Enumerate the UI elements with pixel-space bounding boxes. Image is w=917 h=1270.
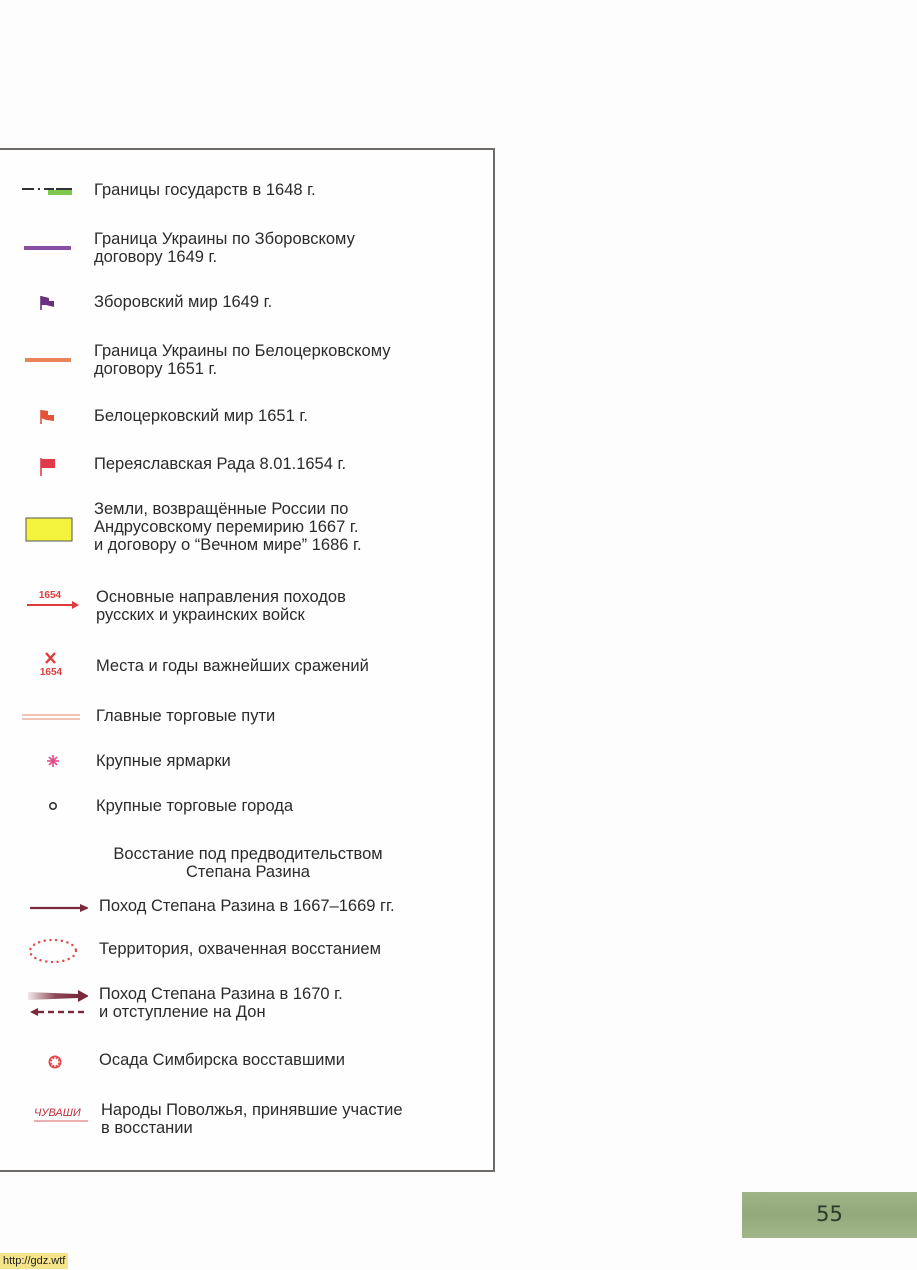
- legend-label: Поход Степана Разина в 1670 г.: [99, 985, 343, 1003]
- legend-label: Андрусовскому перемирию 1667 г.: [94, 518, 362, 536]
- watermark-link[interactable]: http://gdz.wtf: [0, 1253, 68, 1269]
- heading-line: Восстание под предводительством: [0, 845, 498, 863]
- legend-label: Территория, охваченная восстанием: [99, 940, 381, 958]
- legend-label: Граница Украины по Белоцерковскому: [94, 342, 391, 360]
- legend-label: Осада Симбирска восставшими: [99, 1051, 345, 1069]
- yellow-area-icon: [0, 500, 88, 560]
- asterisk-icon: [0, 750, 88, 790]
- orange-flag-icon: [0, 406, 88, 446]
- heading-line: Степана Разина: [0, 863, 498, 881]
- dark-red-arrow-icon: [0, 895, 88, 935]
- legend-label: русских и украинских войск: [96, 606, 346, 624]
- legend-label: Главные торговые пути: [96, 707, 275, 725]
- legend-label: Народы Поволжья, принявшие участие: [101, 1101, 403, 1119]
- svg-text:1654: 1654: [40, 667, 63, 678]
- gradient-arrow-and-dashed-retreat-icon: [0, 984, 88, 1028]
- legend-label: Граница Украины по Зборовскому: [94, 230, 355, 248]
- legend-label: Крупные торговые города: [96, 797, 293, 815]
- peoples-label-icon: ЧУВАШИ: [0, 1098, 88, 1138]
- legend-label: Зборовский мир 1649 г.: [94, 293, 272, 311]
- legend-label: Поход Степана Разина в 1667–1669 гг.: [99, 897, 395, 915]
- siege-ring-icon: [0, 1048, 88, 1088]
- map-legend: Границы государств в 1648 г. Граница Укр…: [0, 148, 495, 1172]
- crossed-swords-icon: 1654: [0, 650, 88, 690]
- campaign-arrow-icon: 1654: [0, 586, 88, 626]
- red-flag-icon: [0, 454, 88, 494]
- dotted-oval-icon: [0, 934, 88, 974]
- legend-label: и отступление на Дон: [99, 1003, 343, 1021]
- svg-text:1654: 1654: [39, 590, 62, 601]
- legend-label: Места и годы важнейших сражений: [96, 657, 369, 675]
- page-number: 55: [742, 1202, 917, 1226]
- page-number-band: 55: [742, 1192, 917, 1238]
- razin-section-heading: Восстание под предводительством Степана …: [0, 845, 498, 881]
- legend-label: Переяславская Рада 8.01.1654 г.: [94, 455, 346, 473]
- orange-border-line-icon: [0, 340, 88, 380]
- legend-label: в восстании: [101, 1119, 403, 1137]
- legend-label: договору 1651 г.: [94, 360, 391, 378]
- state-border-line-icon: [0, 178, 88, 218]
- svg-text:ЧУВАШИ: ЧУВАШИ: [34, 1107, 81, 1119]
- legend-label: Крупные ярмарки: [96, 752, 231, 770]
- legend-label: Земли, возвращённые России по: [94, 500, 362, 518]
- legend-label: Границы государств в 1648 г.: [94, 181, 316, 199]
- purple-border-line-icon: [0, 230, 88, 270]
- legend-label: договору 1649 г.: [94, 248, 355, 266]
- purple-flag-icon: [0, 292, 88, 332]
- circle-icon: [0, 795, 88, 835]
- legend-label: Основные направления походов: [96, 588, 346, 606]
- legend-label: и договору о “Вечном мире” 1686 г.: [94, 536, 362, 554]
- trade-route-line-icon: [0, 706, 88, 746]
- legend-label: Белоцерковский мир 1651 г.: [94, 407, 308, 425]
